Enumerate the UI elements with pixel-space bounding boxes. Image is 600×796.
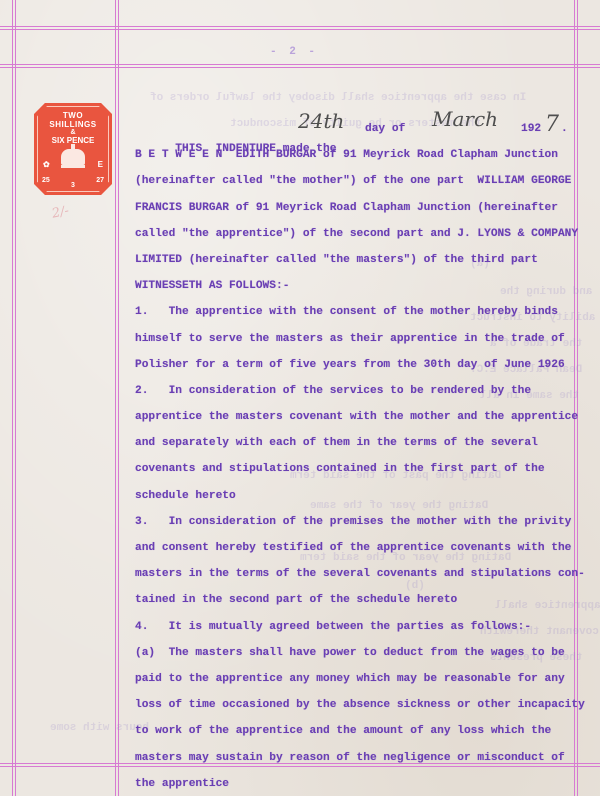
stamp-text: SHILLINGS (34, 120, 112, 129)
text-line: and separately with each of them in the … (135, 433, 575, 459)
text-line: (hereinafter called "the mother") of the… (135, 171, 575, 197)
clause-4-line: 4. It is mutually agreed between the par… (135, 617, 575, 643)
document-page: In case the apprentice shall disobey the… (0, 0, 600, 796)
opening-line: THIS INDENTURE made the 24th day of Marc… (135, 119, 575, 145)
rose-icon: ✿ (43, 160, 50, 169)
text-line: the apprentice (135, 774, 575, 796)
stamp-text: & (34, 129, 112, 136)
clause-1-line: 1. The apprentice with the consent of th… (135, 302, 575, 328)
handwritten-day: 24th (298, 111, 344, 131)
text-line: WITNESSETH AS FOLLOWS:- (135, 276, 575, 302)
text-line: Polisher for a term of five years from t… (135, 355, 575, 381)
day-of-label: day of (365, 119, 405, 139)
handwritten-year-digit: 7 (545, 115, 559, 135)
text-line: tained in the second part of the schedul… (135, 590, 575, 616)
margin-rule-inner (115, 0, 119, 796)
crown-icon (61, 149, 85, 165)
text-line: schedule hereto (135, 486, 575, 512)
header-rule-bottom (0, 64, 600, 68)
text-line: himself to serve the masters as their ap… (135, 329, 575, 355)
stamp-letter: E (98, 160, 103, 169)
header-rule-top (0, 26, 600, 30)
text-line: LIMITED (hereinafter called "the masters… (135, 250, 575, 276)
text-line: and consent hereby testified of the appr… (135, 538, 575, 564)
indenture-body: THIS INDENTURE made the 24th day of Marc… (135, 119, 575, 796)
clause-3-line: 3. In consideration of the premises the … (135, 512, 575, 538)
text-line: FRANCIS BURGAR of 91 Meyrick Road Clapha… (135, 198, 575, 224)
bleed-through-text: In case the apprentice shall disobey the… (150, 92, 526, 104)
opening-period: . (561, 119, 568, 139)
year-typed: 192 (521, 119, 541, 139)
handwritten-month: March (432, 109, 498, 129)
stamp-date-year: 27 (96, 177, 104, 184)
opening-prefix: THIS INDENTURE made the (175, 143, 336, 155)
page-number: - 2 - (270, 46, 318, 58)
revenue-stamp: TWO SHILLINGS & SIX PENCE ✿ E 25 3 27 (34, 103, 112, 195)
text-line: called "the apprentice") of the second p… (135, 224, 575, 250)
margin-rule-left (12, 0, 16, 796)
text-line: paid to the apprentice any money which m… (135, 669, 575, 695)
text-line: masters in the terms of the several cove… (135, 564, 575, 590)
clause-4a-line: (a) The masters shall have power to dedu… (135, 643, 575, 669)
text-line: covenants and stipulations contained in … (135, 459, 575, 485)
text-line: to work of the apprentice and the amount… (135, 721, 575, 747)
text-line: loss of time occasioned by the absence s… (135, 695, 575, 721)
text-line: masters may sustain by reason of the neg… (135, 748, 575, 774)
pencil-annotation: 2/- (51, 203, 71, 221)
stamp-text: TWO (34, 111, 112, 120)
clause-2-line: 2. In consideration of the services to b… (135, 381, 575, 407)
text-line: apprentice the masters covenant with the… (135, 407, 575, 433)
